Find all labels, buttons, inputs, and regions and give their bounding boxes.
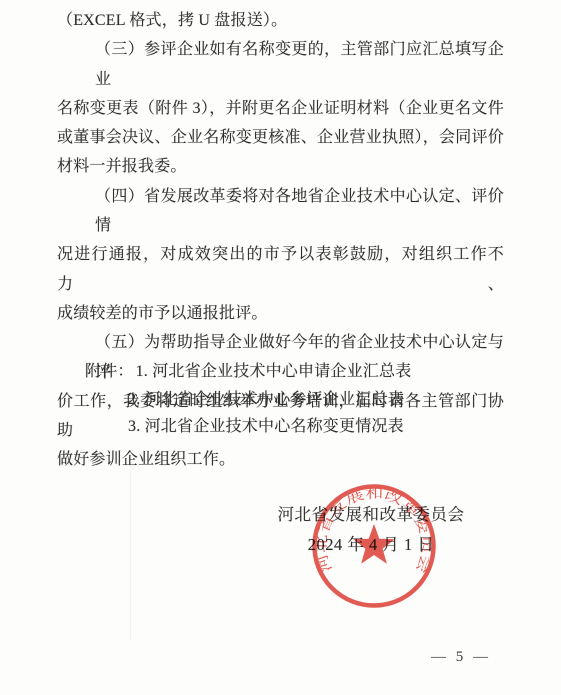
attachment-item: 2. 河北省企业技术中心参评企业汇总表 <box>85 386 411 414</box>
attachment-row: 附件：1. 河北省企业技术中心申请企业汇总表 <box>85 358 411 386</box>
official-seal: 河北省发展和改革委员会 <box>309 481 439 611</box>
body-line: （四）省发展改革委将对各地省企业技术中心认定、评价情 <box>57 182 504 241</box>
scan-artifact <box>130 460 131 640</box>
body-line: 材料一并报我委。 <box>57 152 504 181</box>
seal-star-icon <box>353 524 395 564</box>
body-line: 或董事会决议、企业名称变更核准、企业营业执照），会同评价 <box>57 123 504 152</box>
attachment-list: 附件：1. 河北省企业技术中心申请企业汇总表 2. 河北省企业技术中心参评企业汇… <box>85 358 411 441</box>
body-line: 做好参训企业组织工作。 <box>57 445 504 474</box>
body-line: 成绩较差的市予以通报批评。 <box>57 299 504 328</box>
body-line: 况进行通报，对成效突出的市予以表彰鼓励，对组织工作不力、 <box>57 240 504 299</box>
attachment-label: 附件： <box>85 363 134 380</box>
body-line: 名称变更表（附件 3），并附更名企业证明材料（企业更名文件 <box>57 94 504 123</box>
body-line: （三）参评企业如有名称变更的，主管部门应汇总填写企业 <box>57 35 504 94</box>
attachment-item: 3. 河北省企业技术中心名称变更情况表 <box>85 413 411 441</box>
official-seal-graphic: 河北省发展和改革委员会 <box>309 481 439 611</box>
body-line: （EXCEL 格式，拷 U 盘报送）。 <box>57 6 504 35</box>
page-number: — 5 — <box>411 649 511 666</box>
attachment-item: 1. 河北省企业技术中心申请企业汇总表 <box>136 363 412 380</box>
document-page: （EXCEL 格式，拷 U 盘报送）。 （三）参评企业如有名称变更的，主管部门应… <box>0 0 561 695</box>
